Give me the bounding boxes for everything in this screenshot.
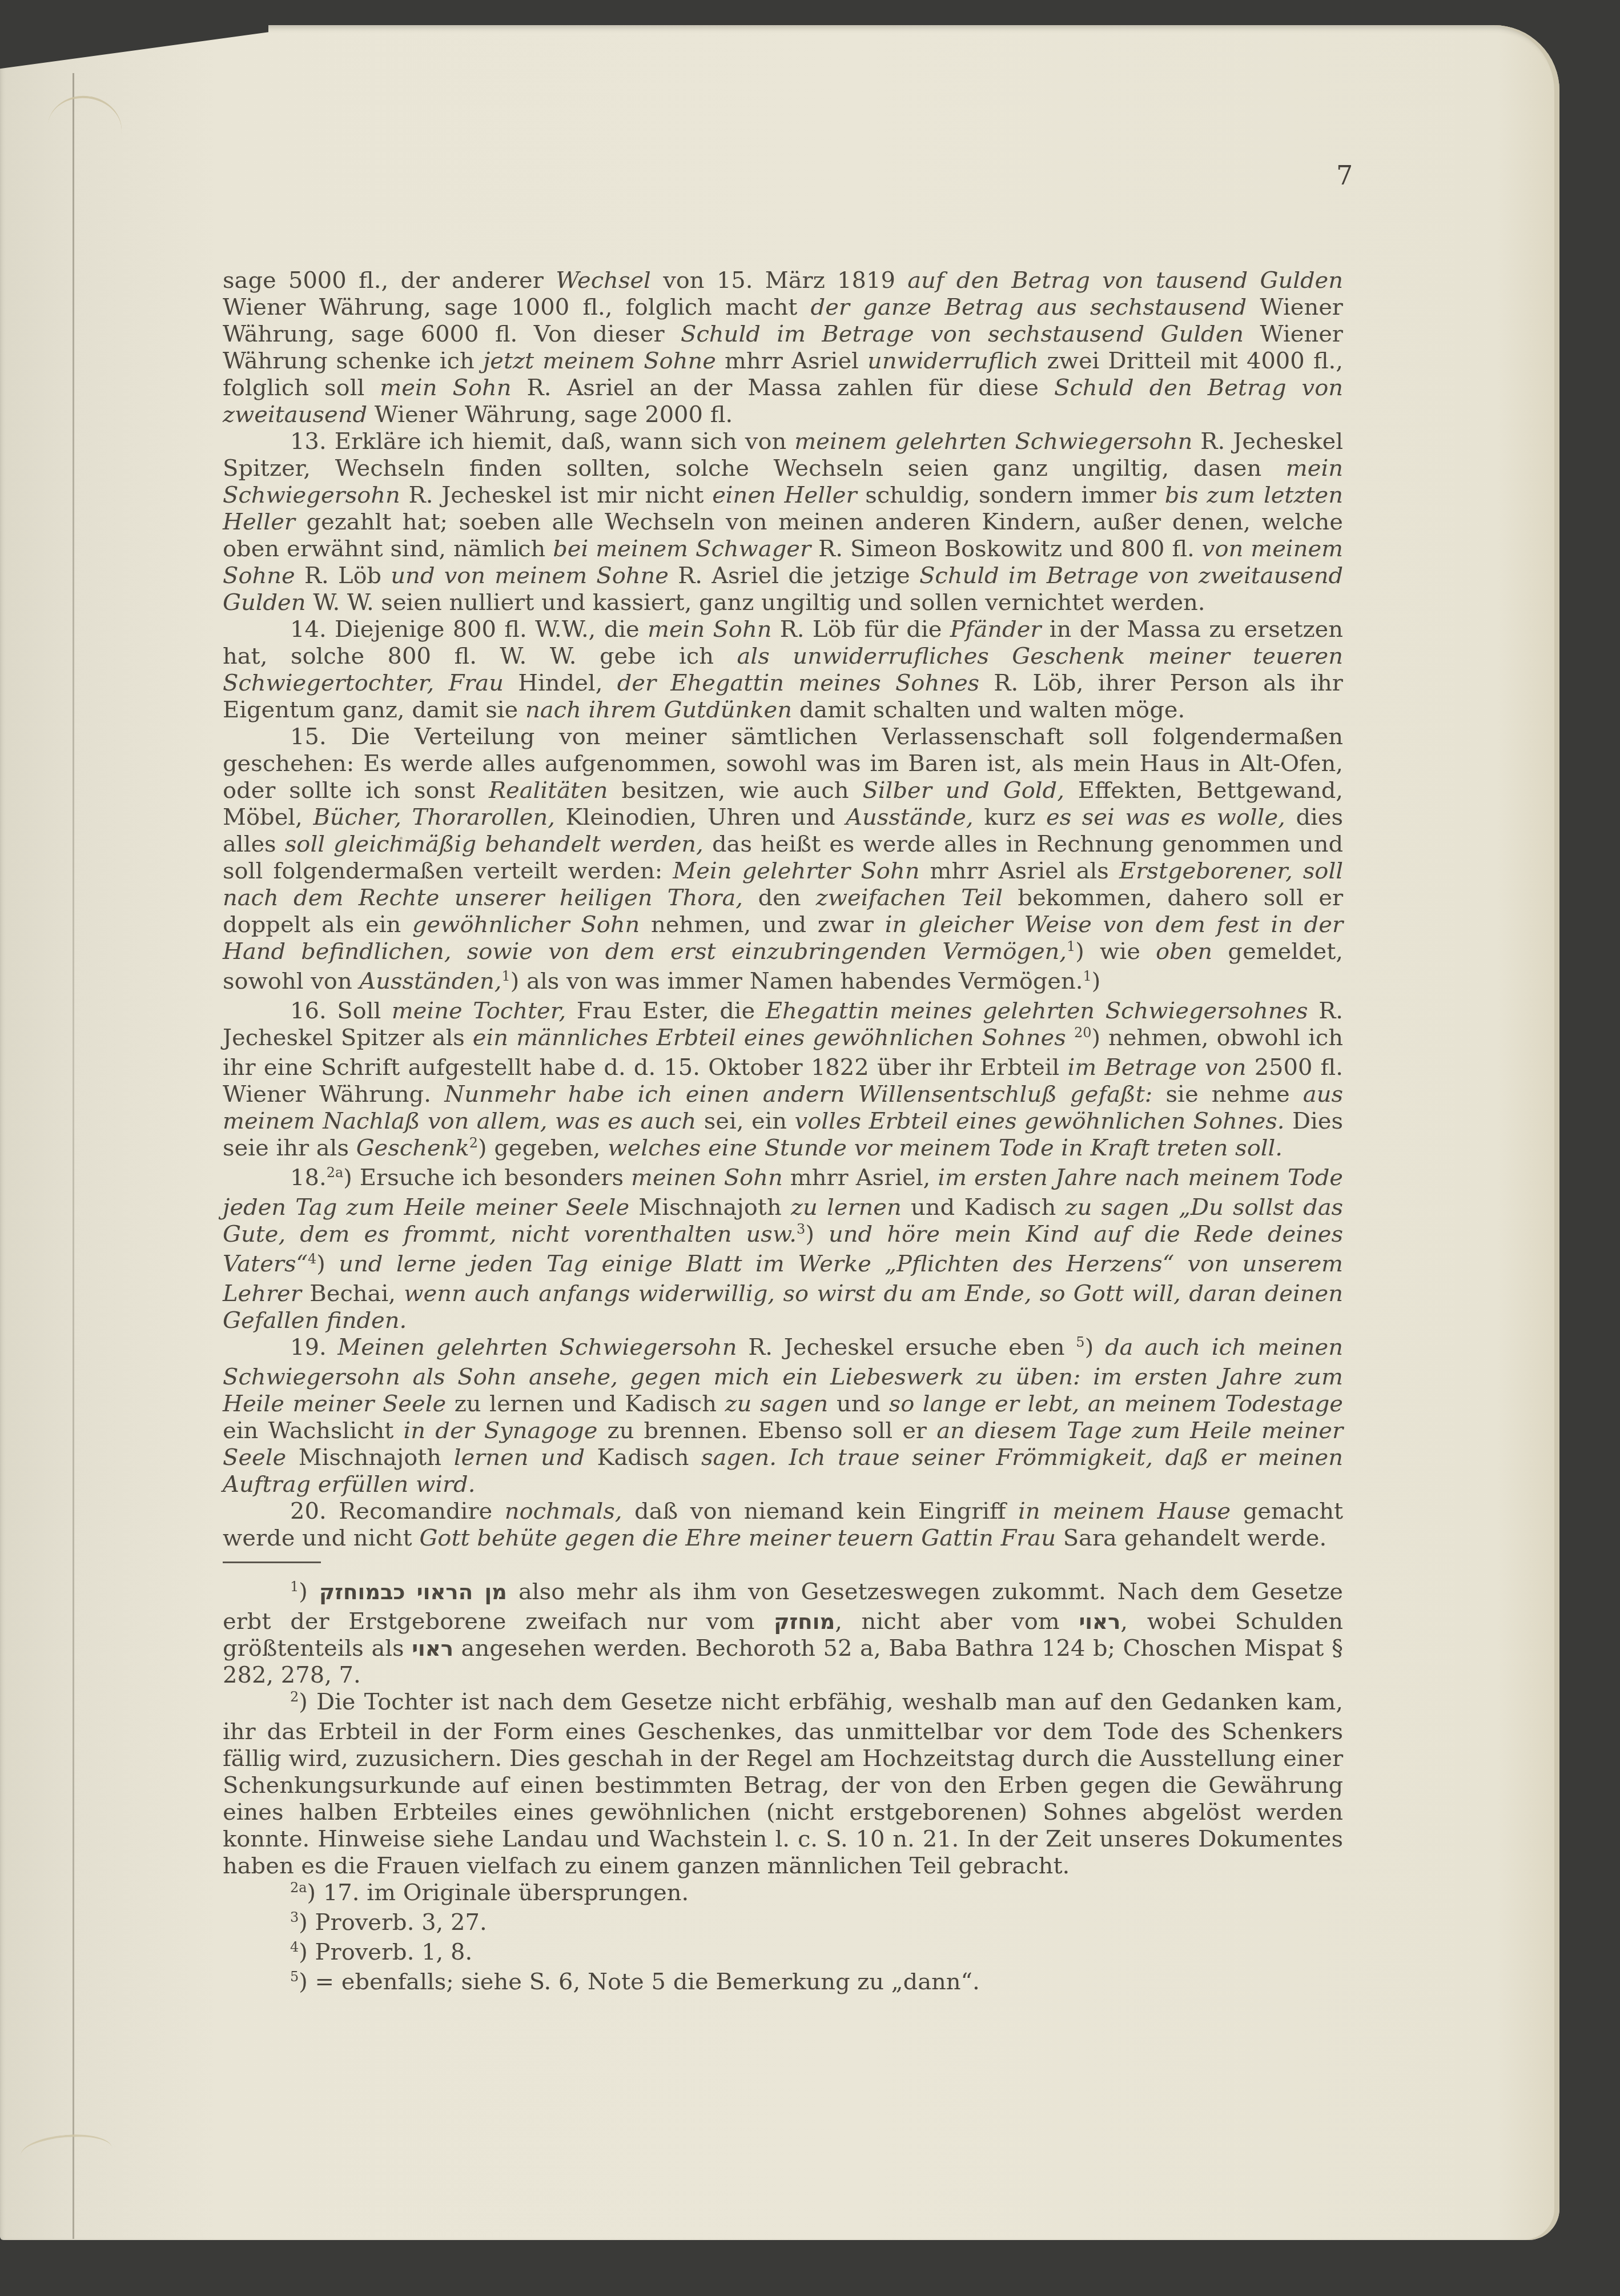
book-scan: { "page": { "number": "7" }, "colors": {… [0, 0, 1620, 2296]
footnote-separator [223, 1562, 321, 1563]
hebrew-term: ראוי [1079, 1609, 1120, 1634]
paragraph-13: 13. Erkläre ich hiemit, daß, wann sich v… [223, 428, 1343, 616]
hebrew-term: מן הראוי כבמוחזק [319, 1580, 507, 1604]
paragraph-14: 14. Diejenige 800 fl. W.W., die mein Soh… [223, 616, 1343, 724]
main-text: sage 5000 fl., der anderer Wechsel von 1… [223, 267, 1343, 1998]
footnote-4: 4) Proverb. 1, 8. [223, 1939, 1343, 1969]
page-number: 7 [1336, 162, 1353, 188]
footnote-2a: 2a) 17. im Originale übersprungen. [223, 1880, 1343, 1909]
page-crease-line [73, 73, 74, 2239]
paper-speck [882, 393, 886, 396]
paper-speck [400, 837, 403, 840]
footnote-1: 1) מן הראוי כבמוחזק also mehr als ihm vo… [223, 1579, 1343, 1689]
paragraph-12-continued: sage 5000 fl., der anderer Wechsel von 1… [223, 267, 1343, 428]
hebrew-term: מוחזק [774, 1609, 835, 1634]
paragraph-16: 16. Soll meine Tochter, Frau Ester, die … [223, 998, 1343, 1165]
paragraph-18: 18.2a) Ersuche ich besonders meinen Sohn… [223, 1165, 1343, 1334]
footnotes-section: 1) מן הראוי כבמוחזק also mehr als ihm vo… [223, 1579, 1343, 1998]
book-page: 7 sage 5000 fl., der anderer Wechsel von… [0, 25, 1559, 2240]
paper-speck [1162, 1408, 1165, 1410]
testament-paragraphs: sage 5000 fl., der anderer Wechsel von 1… [223, 267, 1343, 1552]
footnote-5: 5) = ebenfalls; siehe S. 6, Note 5 die B… [223, 1969, 1343, 1998]
paragraph-15: 15. Die Verteilung von meiner sämtlichen… [223, 724, 1343, 998]
hebrew-term: ראוי [412, 1636, 453, 1661]
paragraph-20: 20. Recomandire nochmals, daß von nieman… [223, 1498, 1343, 1552]
paragraph-19: 19. Meinen gelehrten Schwiegersohn R. Je… [223, 1334, 1343, 1498]
footnote-2: 2) Die Tochter ist nach dem Gesetze nich… [223, 1689, 1343, 1880]
footnote-3: 3) Proverb. 3, 27. [223, 1909, 1343, 1939]
